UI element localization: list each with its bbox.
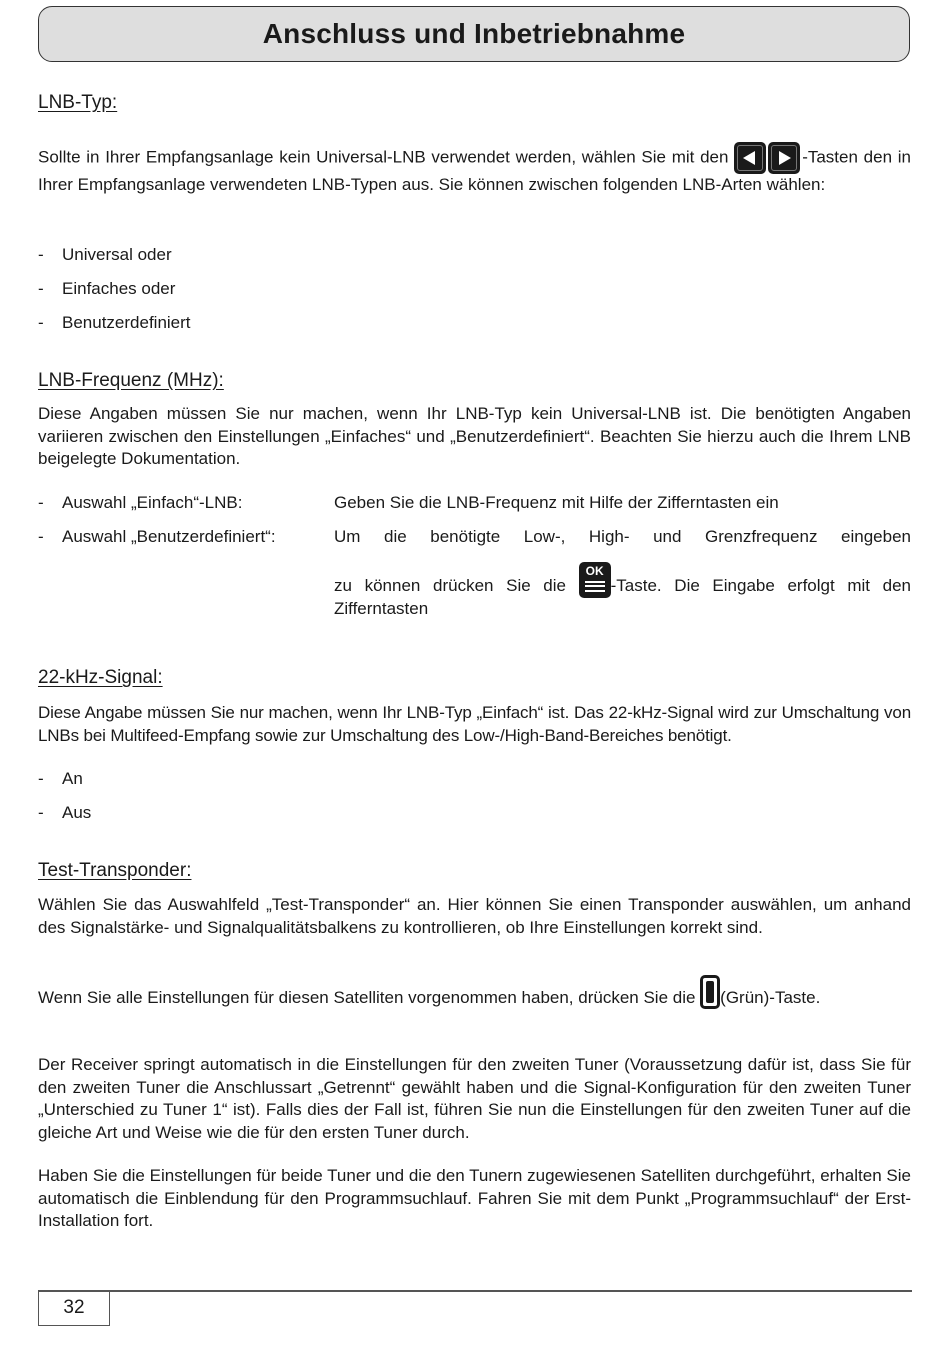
green-key-icon bbox=[700, 975, 720, 1009]
heading-22khz-signal: 22-kHz-Signal: bbox=[38, 667, 163, 689]
list-item: -Universal oder bbox=[38, 244, 172, 266]
definition-text: Um die benötigte Low-, High- und Grenzfr… bbox=[334, 526, 911, 549]
heading-lnb-frequenz: LNB-Frequenz (MHz): bbox=[38, 370, 224, 392]
list-item: -Benutzerdefiniert bbox=[38, 312, 191, 334]
test-transponder-paragraph: Wählen Sie das Auswahlfeld „Test-Transpo… bbox=[38, 894, 911, 939]
ok-key-icon: OK bbox=[579, 562, 611, 598]
lnb-frequenz-paragraph: Diese Angaben müssen Sie nur machen, wen… bbox=[38, 403, 911, 471]
page-number: 32 bbox=[38, 1290, 110, 1326]
arrow-left-key-icon bbox=[734, 142, 766, 174]
heading-lnb-typ: LNB-Typ: bbox=[38, 92, 117, 114]
lnb-typ-intro-text: Sollte in Ihrer Empfangsanlage kein Univ… bbox=[38, 147, 728, 166]
green-key-instruction: Wenn Sie alle Einstellungen für diesen S… bbox=[38, 987, 911, 1010]
heading-test-transponder: Test-Transponder: bbox=[38, 860, 191, 882]
definition-text-cont: zu können drücken Sie die OK-Taste. Die … bbox=[334, 575, 911, 620]
definition-text: Geben Sie die LNB-Frequenz mit Hilfe der… bbox=[334, 492, 911, 515]
tuner-paragraph: Der Receiver springt automatisch in die … bbox=[38, 1054, 911, 1144]
final-paragraph: Haben Sie die Einstellungen für beide Tu… bbox=[38, 1165, 911, 1233]
arrow-right-key-icon bbox=[768, 142, 800, 174]
list-item: -An bbox=[38, 768, 83, 790]
list-item: -Einfaches oder bbox=[38, 278, 175, 300]
signal-22khz-paragraph: Diese Angabe müssen Sie nur machen, wenn… bbox=[38, 702, 911, 747]
list-item: -Aus bbox=[38, 802, 91, 824]
lnb-typ-intro: Sollte in Ihrer Empfangsanlage kein Univ… bbox=[38, 142, 911, 197]
definition-label: -Auswahl „Einfach“-LNB: bbox=[38, 493, 242, 513]
footer-divider bbox=[38, 1290, 912, 1292]
page-header: Anschluss und Inbetriebnahme bbox=[38, 6, 910, 62]
definition-label: -Auswahl „Benutzerdefiniert“: bbox=[38, 527, 276, 547]
page-title: Anschluss und Inbetriebnahme bbox=[263, 18, 686, 50]
